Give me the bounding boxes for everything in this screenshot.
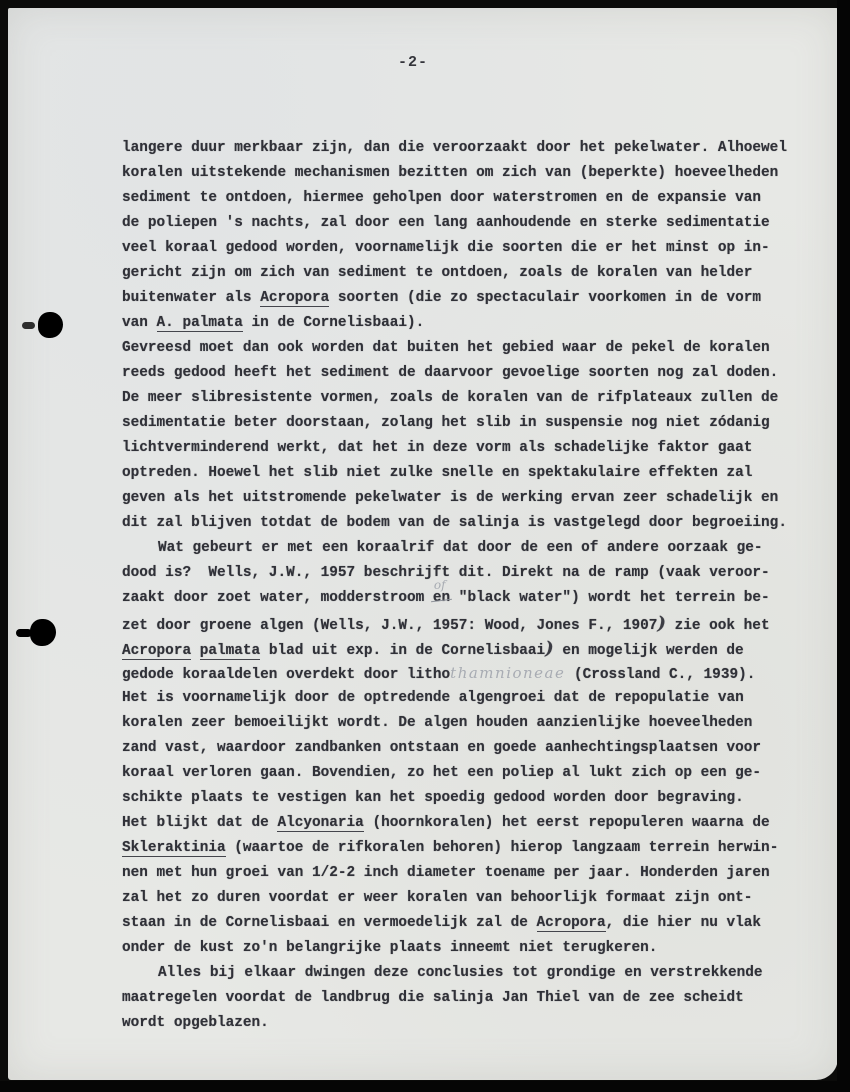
text-segment: reeds gedood heeft het sediment de daarv… — [122, 365, 778, 381]
text-segment: zet door groene algen (Wells, J.W., 1957… — [122, 618, 657, 634]
punch-hole-top — [38, 312, 63, 338]
text-segment: zand vast, waardoor zandbanken ontstaan … — [122, 740, 761, 756]
handwritten-correction: of — [434, 573, 446, 598]
text-line: gericht zijn om zich van sediment te ont… — [122, 261, 834, 286]
text-block: langere duur merkbaar zijn, dan die vero… — [122, 136, 834, 1036]
text-segment: geven als het uitstromende pekelwater is… — [122, 490, 778, 506]
punch-hole-bottom — [30, 619, 56, 646]
scan-edge-right — [837, 0, 850, 1092]
text-segment: van — [122, 315, 157, 331]
text-segment: schikte plaats te vestigen kan het spoed… — [122, 790, 744, 806]
text-line: van A. palmata in de Cornelisbaai). — [122, 311, 834, 336]
text-segment: zal het zo duren voordat er weer koralen… — [122, 890, 752, 906]
text-line: dood is? Wells, J.W., 1957 beschrijft di… — [122, 561, 834, 586]
text-line: zet door groene algen (Wells, J.W., 1957… — [122, 611, 834, 636]
text-line: schikte plaats te vestigen kan het spoed… — [122, 786, 834, 811]
text-line: Wat gebeurt er met een koraalrif dat doo… — [122, 536, 834, 561]
text-segment: dit zal blijven totdat de bodem van de s… — [122, 515, 787, 531]
text-line: zal het zo duren voordat er weer koralen… — [122, 886, 834, 911]
text-segment: zaakt door zoet water, modderstroom — [122, 590, 433, 606]
text-segment: wordt opgeblazen. — [122, 1015, 269, 1031]
text-segment: Skleraktinia — [122, 840, 226, 857]
text-line: wordt opgeblazen. — [122, 1011, 834, 1036]
text-segment: Acropora — [122, 643, 191, 660]
text-segment: enof — [433, 586, 450, 611]
text-segment: gericht zijn om zich van sediment te ont… — [122, 265, 752, 281]
text-segment: sedimentatie beter doorstaan, zolang het… — [122, 415, 770, 431]
text-line: lichtverminderend werkt, dat het in deze… — [122, 436, 834, 461]
text-segment: (hoornkoralen) het eerst repopuleren waa… — [364, 815, 770, 831]
text-line: veel koraal gedood worden, voornamelijk … — [122, 236, 834, 261]
text-line: Gevreesd moet dan ook worden dat buiten … — [122, 336, 834, 361]
handwritten-annotation: thamnioneae — [450, 664, 565, 682]
text-line: Het is voornamelijk door de optredende a… — [122, 686, 834, 711]
paper: -2- langere duur merkbaar zijn, dan die … — [8, 8, 838, 1080]
text-line: onder de kust zo'n belangrijke plaats in… — [122, 936, 834, 961]
text-segment: langere duur merkbaar zijn, dan die vero… — [122, 140, 787, 156]
text-segment: maatregelen voordat de landbrug die sali… — [122, 990, 744, 1006]
text-line: geven als het uitstromende pekelwater is… — [122, 486, 834, 511]
text-segment: lichtverminderend werkt, dat het in deze… — [122, 440, 752, 456]
text-segment: Het blijkt dat de — [122, 815, 277, 831]
scanned-document: { "page": { "page_number": "-2-", "paper… — [0, 0, 850, 1092]
text-line: zaakt door zoet water, modderstroom enof… — [122, 586, 834, 611]
text-line: staan in de Cornelisbaai en vermoedelijk… — [122, 911, 834, 936]
text-segment: koraal verloren gaan. Bovendien, zo het … — [122, 765, 761, 781]
text-segment: Gevreesd moet dan ook worden dat buiten … — [122, 340, 770, 356]
text-line: de poliepen 's nachts, zal door een lang… — [122, 211, 834, 236]
text-segment: gedode koraaldelen overdekt door litho — [122, 667, 450, 683]
text-line: sediment te ontdoen, hiermee geholpen do… — [122, 186, 834, 211]
text-line: dit zal blijven totdat de bodem van de s… — [122, 511, 834, 536]
handwritten-annotation: ) — [657, 613, 666, 634]
text-segment: onder de kust zo'n belangrijke plaats in… — [122, 940, 657, 956]
text-line: Alles bij elkaar dwingen deze conclusies… — [122, 961, 834, 986]
text-line: gedode koraaldelen overdekt door lithoth… — [122, 661, 834, 686]
text-line: optreden. Hoewel het slib niet zulke sne… — [122, 461, 834, 486]
text-segment: Acropora — [537, 915, 606, 932]
scan-edge-bottom — [0, 1081, 850, 1092]
text-segment: "black water") wordt het terrein be- — [450, 590, 770, 606]
text-segment: de poliepen 's nachts, zal door een lang… — [122, 215, 770, 231]
text-segment: koralen zeer bemoeilijkt wordt. De algen… — [122, 715, 752, 731]
text-line: zand vast, waardoor zandbanken ontstaan … — [122, 736, 834, 761]
text-segment: Alcyonaria — [277, 815, 363, 832]
text-segment: A. palmata — [157, 315, 243, 332]
text-segment: , die hier nu vlak — [606, 915, 761, 931]
text-line: koraal verloren gaan. Bovendien, zo het … — [122, 761, 834, 786]
text-segment: optreden. Hoewel het slib niet zulke sne… — [122, 465, 752, 481]
text-segment: sediment te ontdoen, hiermee geholpen do… — [122, 190, 761, 206]
text-segment: nen met hun groei van 1/2-2 inch diamete… — [122, 865, 770, 881]
text-segment: veel koraal gedood worden, voornamelijk … — [122, 240, 770, 256]
text-segment: Alles bij elkaar dwingen deze conclusies… — [158, 965, 763, 981]
handwritten-annotation: ) — [545, 638, 554, 659]
text-line: nen met hun groei van 1/2-2 inch diamete… — [122, 861, 834, 886]
text-segment: staan in de Cornelisbaai en vermoedelijk… — [122, 915, 537, 931]
text-segment: en mogelijk werden de — [554, 643, 744, 659]
page-number: -2- — [398, 54, 428, 71]
text-segment: in de Cornelisbaai). — [243, 315, 424, 331]
text-segment: buitenwater als — [122, 290, 260, 306]
text-line: langere duur merkbaar zijn, dan die vero… — [122, 136, 834, 161]
text-segment: De meer slibresistente vormen, zoals de … — [122, 390, 778, 406]
text-segment: blad uit exp. in de Cornelisbaai — [260, 643, 545, 659]
text-line: Het blijkt dat de Alcyonaria (hoornkoral… — [122, 811, 834, 836]
text-line: maatregelen voordat de landbrug die sali… — [122, 986, 834, 1011]
text-segment: zie ook het — [666, 618, 770, 634]
text-line: Acropora palmata blad uit exp. in de Cor… — [122, 636, 834, 661]
text-segment: (waartoe de rifkoralen behoren) hierop l… — [226, 840, 779, 856]
text-line: Skleraktinia (waartoe de rifkoralen beho… — [122, 836, 834, 861]
text-segment: (Crossland C., 1939). — [565, 667, 755, 683]
text-segment: koralen uitstekende mechanismen bezitten… — [122, 165, 778, 181]
text-line: koralen zeer bemoeilijkt wordt. De algen… — [122, 711, 834, 736]
text-line: De meer slibresistente vormen, zoals de … — [122, 386, 834, 411]
text-segment — [191, 643, 200, 659]
text-segment: Acropora — [260, 290, 329, 307]
text-line: reeds gedood heeft het sediment de daarv… — [122, 361, 834, 386]
text-segment: palmata — [200, 643, 260, 660]
text-line: sedimentatie beter doorstaan, zolang het… — [122, 411, 834, 436]
text-segment: soorten (die zo spectaculair voorkomen i… — [329, 290, 761, 306]
text-line: koralen uitstekende mechanismen bezitten… — [122, 161, 834, 186]
text-segment: Wat gebeurt er met een koraalrif dat doo… — [158, 540, 763, 556]
text-line: buitenwater als Acropora soorten (die zo… — [122, 286, 834, 311]
text-segment: Het is voornamelijk door de optredende a… — [122, 690, 744, 706]
